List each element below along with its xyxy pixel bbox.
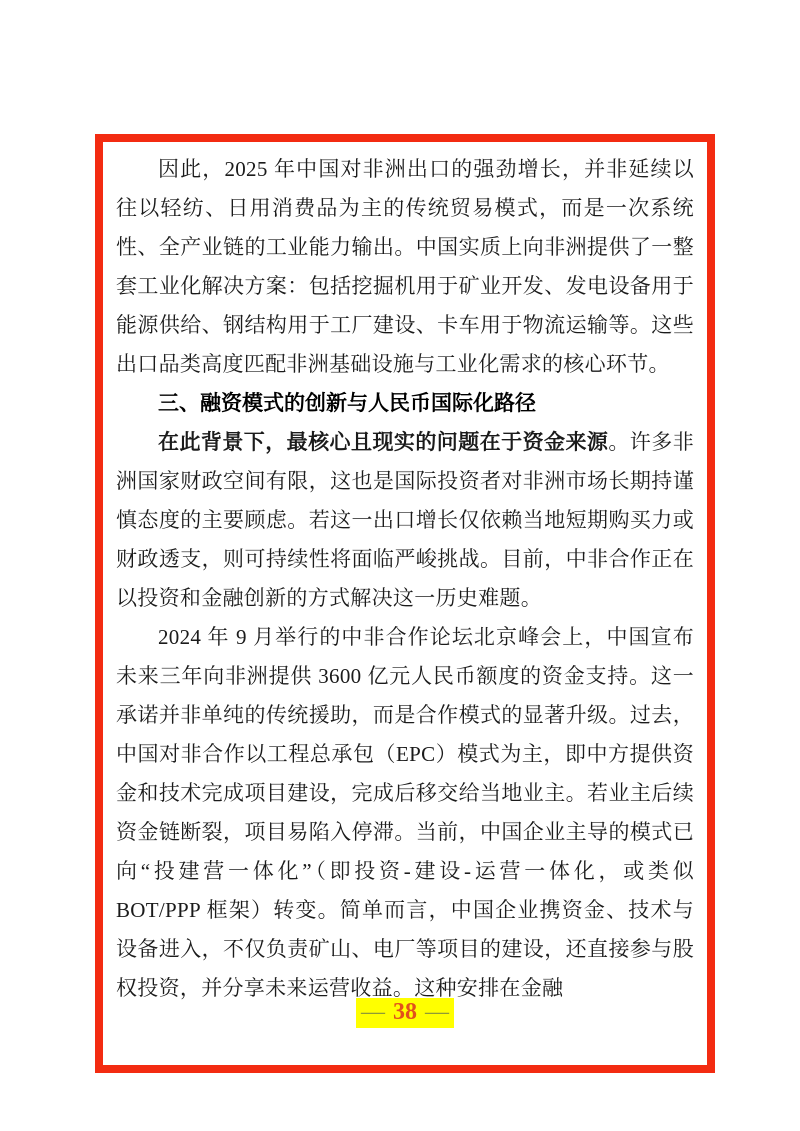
section-heading-financing-model: 三、融资模式的创新与人民币国际化路径 <box>116 384 694 423</box>
paragraph-funding-rest: 。许多非洲国家财政空间有限，这也是国际投资者对非洲市场长期持谨慎态度的主要顾虑。… <box>116 430 694 610</box>
paragraph-focac-summit: 2024 年 9 月举行的中非合作论坛北京峰会上，中国宣布未来三年向非洲提供 3… <box>116 618 694 1008</box>
page-number-value: 38 <box>393 999 417 1025</box>
page-number: —38— <box>356 998 454 1028</box>
page-number-right-dash: — <box>425 999 449 1025</box>
page-number-left-dash: — <box>361 999 385 1025</box>
paragraph-funding-source: 在此背景下，最核心且现实的问题在于资金来源。许多非洲国家财政空间有限，这也是国际… <box>116 423 694 618</box>
paragraph-export-growth: 因此，2025 年中国对非洲出口的强劲增长，并非延续以往以轻纺、日用消费品为主的… <box>116 150 694 384</box>
page-footer: —38— <box>95 998 715 1028</box>
paragraph-funding-bold-lead: 在此背景下，最核心且现实的问题在于资金来源 <box>158 430 608 454</box>
page-border-frame: 因此，2025 年中国对非洲出口的强劲增长，并非延续以往以轻纺、日用消费品为主的… <box>95 134 715 1073</box>
document-page: 因此，2025 年中国对非洲出口的强劲增长，并非延续以往以轻纺、日用消费品为主的… <box>0 0 800 1131</box>
